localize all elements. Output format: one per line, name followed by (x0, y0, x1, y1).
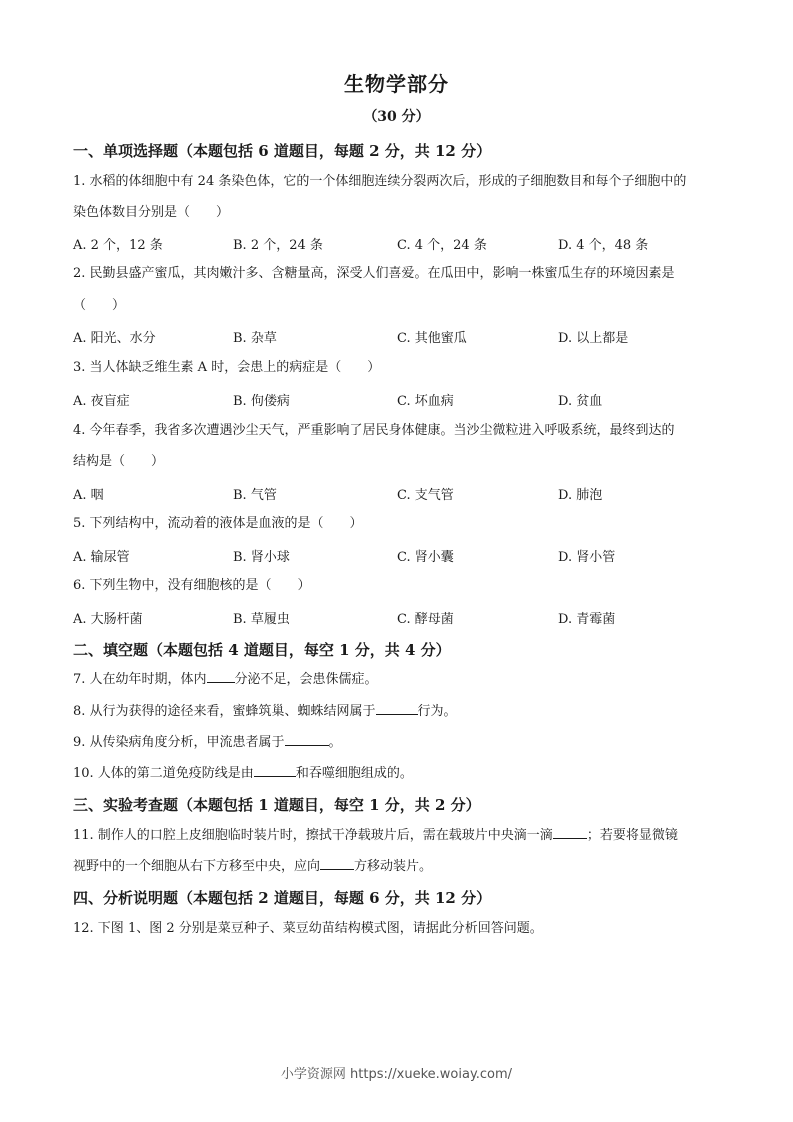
answer-blank[interactable] (207, 670, 235, 683)
option-b[interactable]: B. 草履虫 (233, 608, 290, 627)
question-11-text-before-2: 视野中的一个细胞从右下方移至中央，应向 (73, 859, 320, 874)
question-11-line1: 11. 制作人的口腔上皮细胞临时装片时，擦拭干净载玻片后，需在载玻片中央滴一滴；… (73, 820, 723, 851)
option-c[interactable]: C. 支气管 (397, 484, 454, 503)
question-2-line1: 2. 民勤县盛产蜜瓜，其肉嫩汁多、含糖量高，深受人们喜爱。在瓜田中，影响一株蜜瓜… (73, 258, 723, 289)
question-6-options: A. 大肠杆菌 B. 草履虫 C. 酵母菌 D. 青霉菌 (73, 608, 723, 628)
question-11-text-after-2: 方移动装片。 (354, 859, 432, 874)
option-a[interactable]: A. 夜盲症 (73, 390, 130, 409)
question-3-line1: 3. 当人体缺乏维生素 A 时，会患上的病症是（ ） (73, 352, 723, 383)
answer-blank[interactable] (285, 733, 329, 746)
question-10: 10. 人体的第二道免疫防线是由和吞噬细胞组成的。 (73, 758, 723, 789)
option-c[interactable]: C. 其他蜜瓜 (397, 327, 467, 346)
question-1-options: A. 2 个，12 条 B. 2 个，24 条 C. 4 个，24 条 D. 4… (73, 234, 723, 254)
option-a[interactable]: A. 阳光、水分 (73, 327, 156, 346)
option-b[interactable]: B. 杂草 (233, 327, 277, 346)
option-b[interactable]: B. 2 个，24 条 (233, 234, 323, 253)
question-6-line1: 6. 下列生物中，没有细胞核的是（ ） (73, 570, 723, 601)
page-subtitle: （30 分） (0, 106, 793, 126)
page-title: 生物学部分 (0, 68, 793, 97)
question-5-options: A. 输尿管 B. 肾小球 C. 肾小囊 D. 肾小管 (73, 546, 723, 566)
section-heading-fill-blank: 二、填空题（本题包括 4 道题目，每空 1 分，共 4 分） (73, 639, 451, 660)
option-d[interactable]: D. 以上都是 (558, 327, 628, 346)
question-8: 8. 从行为获得的途径来看，蜜蜂筑巢、蜘蛛结网属于行为。 (73, 696, 723, 727)
question-2-options: A. 阳光、水分 B. 杂草 C. 其他蜜瓜 D. 以上都是 (73, 327, 723, 347)
question-7-text-before: 7. 人在幼年时期，体内 (73, 672, 207, 687)
question-7: 7. 人在幼年时期，体内分泌不足，会患侏儒症。 (73, 664, 723, 695)
question-10-text-before: 10. 人体的第二道免疫防线是由 (73, 766, 254, 781)
section-heading-experiment: 三、实验考查题（本题包括 1 道题目，每空 1 分，共 2 分） (73, 794, 481, 815)
question-4-options: A. 咽 B. 气管 C. 支气管 D. 肺泡 (73, 484, 723, 504)
question-1-line2: 染色体数目分别是（ ） (73, 197, 723, 228)
footer-watermark: 小学资源网 https://xueke.woiay.com/ (0, 1063, 793, 1082)
question-4-line1: 4. 今年春季，我省多次遭遇沙尘天气，严重影响了居民身体健康。当沙尘微粒进入呼吸… (73, 415, 723, 446)
option-a[interactable]: A. 咽 (73, 484, 104, 503)
question-8-text-after: 行为。 (418, 704, 457, 719)
option-d[interactable]: D. 贫血 (558, 390, 602, 409)
option-a[interactable]: A. 输尿管 (73, 546, 130, 565)
option-c[interactable]: C. 4 个，24 条 (397, 234, 487, 253)
option-b[interactable]: B. 佝偻病 (233, 390, 290, 409)
question-11-text-before: 11. 制作人的口腔上皮细胞临时装片时，擦拭干净载玻片后，需在载玻片中央滴一滴 (73, 828, 553, 843)
option-a[interactable]: A. 大肠杆菌 (73, 608, 143, 627)
question-1-line1: 1. 水稻的体细胞中有 24 条染色体，它的一个体细胞连续分裂两次后，形成的子细… (73, 166, 723, 197)
question-2-line2: （ ） (73, 290, 723, 321)
answer-blank[interactable] (376, 702, 418, 715)
answer-blank[interactable] (254, 764, 296, 777)
section-heading-analysis: 四、分析说明题（本题包括 2 道题目，每题 6 分，共 12 分） (73, 887, 491, 908)
question-11-text-after: ；若要将显微镜 (587, 828, 678, 843)
question-5-line1: 5. 下列结构中，流动着的液体是血液的是（ ） (73, 508, 723, 539)
answer-blank[interactable] (320, 857, 354, 870)
option-d[interactable]: D. 4 个，48 条 (558, 234, 648, 253)
option-d[interactable]: D. 青霉菌 (558, 608, 615, 627)
question-9-text-after: 。 (329, 735, 342, 750)
answer-blank[interactable] (553, 826, 587, 839)
question-12-line1: 12. 下图 1、图 2 分别是菜豆种子、菜豆幼苗结构模式图，请据此分析回答问题… (73, 913, 723, 944)
option-b[interactable]: B. 气管 (233, 484, 277, 503)
option-c[interactable]: C. 酵母菌 (397, 608, 454, 627)
option-b[interactable]: B. 肾小球 (233, 546, 290, 565)
question-11-line2: 视野中的一个细胞从右下方移至中央，应向方移动装片。 (73, 851, 723, 882)
question-7-text-after: 分泌不足，会患侏儒症。 (235, 672, 378, 687)
question-4-line2: 结构是（ ） (73, 446, 723, 477)
option-a[interactable]: A. 2 个，12 条 (73, 234, 163, 253)
option-d[interactable]: D. 肾小管 (558, 546, 615, 565)
option-d[interactable]: D. 肺泡 (558, 484, 602, 503)
question-10-text-after: 和吞噬细胞组成的。 (296, 766, 413, 781)
question-8-text-before: 8. 从行为获得的途径来看，蜜蜂筑巢、蜘蛛结网属于 (73, 704, 376, 719)
question-3-options: A. 夜盲症 B. 佝偻病 C. 坏血病 D. 贫血 (73, 390, 723, 410)
question-9: 9. 从传染病角度分析，甲流患者属于。 (73, 727, 723, 758)
option-c[interactable]: C. 肾小囊 (397, 546, 454, 565)
option-c[interactable]: C. 坏血病 (397, 390, 454, 409)
question-9-text-before: 9. 从传染病角度分析，甲流患者属于 (73, 735, 285, 750)
section-heading-choice: 一、单项选择题（本题包括 6 道题目，每题 2 分，共 12 分） (73, 140, 491, 161)
